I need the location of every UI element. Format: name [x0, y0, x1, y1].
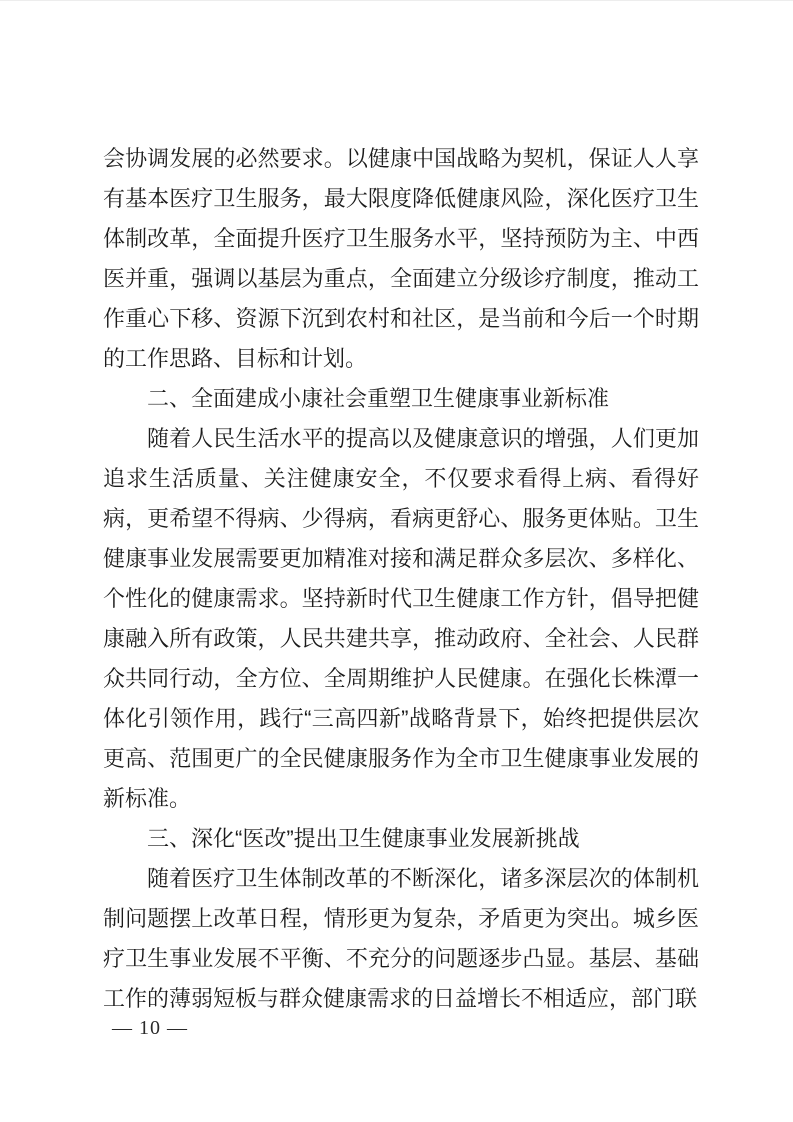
scan-edge-artifact	[0, 0, 793, 1]
paragraph: 随着医疗卫生体制改革的不断深化，诸多深层次的体制机制问题摆上改革日程，情形更为复…	[103, 859, 699, 1019]
document-page: 会协调发展的必然要求。以健康中国战略为契机，保证人人享有基本医疗卫生服务，最大限…	[0, 0, 793, 1122]
section-heading-2: 二、全面建成小康社会重塑卫生健康事业新标准	[103, 379, 699, 419]
paragraph-continuation: 会协调发展的必然要求。以健康中国战略为契机，保证人人享有基本医疗卫生服务，最大限…	[103, 139, 699, 379]
section-heading-3: 三、深化“医改”提出卫生健康事业发展新挑战	[103, 819, 699, 859]
paragraph: 随着人民生活水平的提高以及健康意识的增强，人们更加追求生活质量、关注健康安全，不…	[103, 419, 699, 819]
page-number: — 10 —	[112, 1017, 188, 1039]
page-footer: — 10 —	[112, 1016, 188, 1040]
document-body: 会协调发展的必然要求。以健康中国战略为契机，保证人人享有基本医疗卫生服务，最大限…	[103, 139, 699, 1019]
